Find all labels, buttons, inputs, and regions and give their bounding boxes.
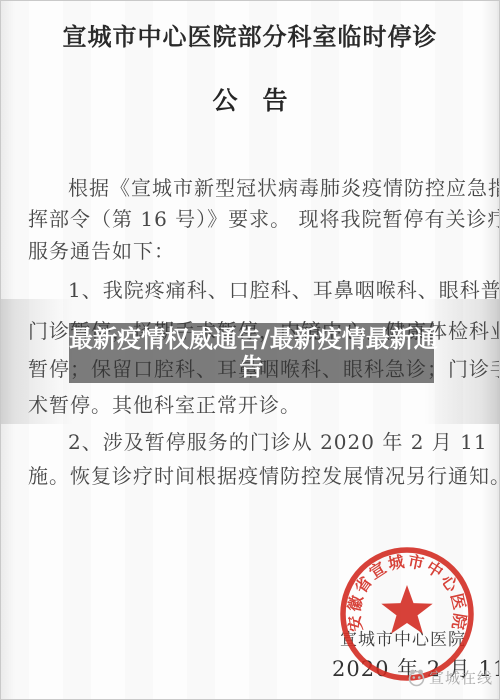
watermark: 宣城在线 [407, 667, 493, 688]
notice-line: 术暂停。其他科室正常开诊。 [28, 389, 473, 418]
overlay-banner-text: 告 [69, 353, 434, 381]
notice-title: 宣城市中心医院部分科室临时停诊 [1, 17, 499, 52]
overlay-banner-text: 最新疫情权威通告/最新疫情最新通 [69, 325, 434, 353]
star-icon [381, 585, 432, 634]
watermark-text: 宣城在线 [429, 667, 493, 688]
notice-line: 1、我院疼痛科、口腔科、耳鼻咽喉科、眼科普通 [28, 274, 473, 303]
notice-line: 挥部令（第 16 号）》要求。 现将我院暂停有关诊疗 [28, 203, 473, 232]
notice-line: 施。恢复诊疗时间根据疫情防控发展情况另行通知。 [28, 460, 473, 489]
notice-line: 2、涉及暂停服务的门诊从 2020 年 2 月 11 日起实 [28, 426, 473, 455]
panda-logo-icon [407, 668, 426, 687]
notice-document: 宣城市中心医院部分科室临时停诊 公 告 根据《宣城市新型冠状病毒肺炎疫情防控应急… [0, 0, 500, 700]
overlay-banner: 最新疫情权威通告/最新疫情最新通 告 [69, 323, 434, 383]
notice-line: 服务通告如下： [28, 235, 473, 264]
notice-heading: 公 告 [1, 81, 499, 117]
notice-line: 根据《宣城市新型冠状病毒肺炎疫情防控应急指 [28, 172, 473, 201]
